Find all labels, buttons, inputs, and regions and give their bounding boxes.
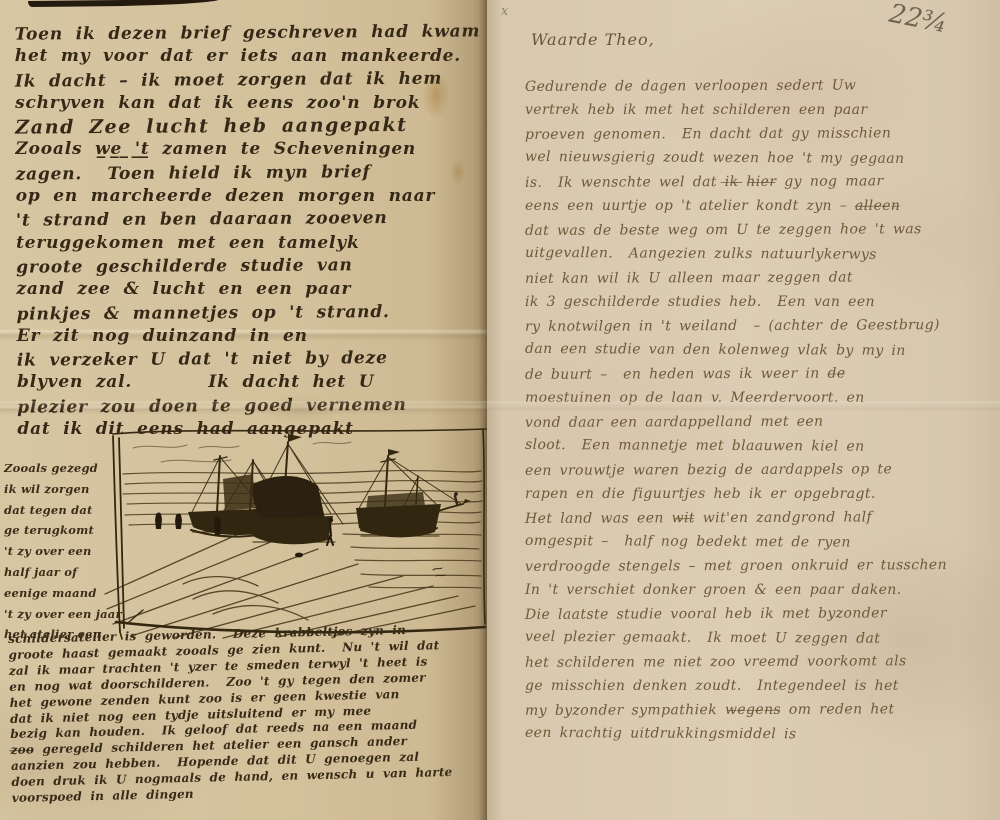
left-bottom-text-block: schildersatelier is geworden. Deze krabb… <box>8 622 453 807</box>
margin-note-line: ik wil zorgen <box>4 479 106 500</box>
margin-note-line: 't zy over een <box>4 541 106 562</box>
handwriting-line: vond daar een aardappelland met een <box>525 409 947 435</box>
handwriting-line: Ik dacht – ik moet zorgen dat ik hem <box>15 67 481 94</box>
handwriting-line: is. Ik wenschte wel dat i̶k̶ ̶h̶i̶e̶r̶ g… <box>525 169 947 195</box>
handwriting-line: het my voor dat er iets aan mankeerde. <box>15 45 481 68</box>
handwriting-line: niet kan wil ik U alleen maar zeggen dat <box>525 265 947 291</box>
handwriting-line: verdroogde stengels – met groen onkruid … <box>525 553 947 579</box>
handwriting-line: vertrek heb ik met het schilderen een pa… <box>525 98 947 122</box>
margin-note-line: 't zy over een jaar <box>4 604 106 625</box>
left-main-text-block: Toen ik dezen brief geschreven had kwamh… <box>15 20 484 443</box>
handwriting-line: een vrouwtje waren bezig de aardappels o… <box>525 457 947 483</box>
handwriting-line: In 't verschiet donker groen & een paar … <box>525 578 947 602</box>
margin-note-line: Zooals gezegd <box>4 458 106 479</box>
handwriting-line: ry knotwilgen in 't weiland – (achter de… <box>525 313 947 339</box>
left-margin-note-block: Zooals gezegdik wil zorgendat tegen datg… <box>4 458 106 645</box>
handwriting-line: teruggekomen met een tamelyk <box>16 232 482 255</box>
handwriting-line: dat was de beste weg om U te zeggen hoe … <box>525 217 947 243</box>
handwriting-line: Die laatste studie vooral heb ik met byz… <box>525 601 947 627</box>
pencil-x-mark: x <box>501 4 508 19</box>
handwriting-line: een krachtig uitdrukkingsmiddel is <box>525 721 947 747</box>
right-main-text-block: Gedurende de dagen verloopen sedert Uwve… <box>525 74 947 746</box>
handwriting-line: Het land was een w̶i̶t̶ wit'en zandgrond… <box>525 505 947 531</box>
handwriting-line: dan een studie van den kolenweg vlak by … <box>525 337 947 363</box>
handwriting-line: blyven zal. Ik dacht het U <box>17 371 483 394</box>
handwriting-line: op en marcheerde dezen morgen naar <box>16 185 482 208</box>
handwriting-line: Er zit nog duinzand in en <box>17 325 483 348</box>
handwriting-line: schryven kan dat ik eens zoo'n brok <box>15 92 481 115</box>
handwriting-line: wel nieuwsgierig zoudt wezen hoe 't my g… <box>525 145 947 171</box>
handwriting-line: eens een uurtje op 't atelier kondt zyn … <box>525 194 947 218</box>
handwriting-line: groote geschilderde studie van <box>16 253 482 280</box>
handwriting-line: sloot. Een mannetje met blaauwen kiel en <box>525 433 947 459</box>
margin-note-line: ge terugkomt <box>4 520 106 541</box>
margin-note-line: dat tegen dat <box>4 500 106 521</box>
handwriting-line: Gedurende de dagen verloopen sedert Uw <box>525 73 947 99</box>
fold-crease <box>0 401 1000 410</box>
handwriting-line: zand zee & lucht en een paar <box>16 278 482 301</box>
handwriting-line: ge misschien denken zoudt. Integendeel i… <box>525 674 947 698</box>
handwriting-line: zagen. Toen hield ik myn brief <box>16 160 482 187</box>
handwriting-line: ik verzeker U dat 't niet by deze <box>17 347 483 374</box>
ink-smudge-top-edge <box>28 0 220 7</box>
letter-page-right: x 22¾ Waarde Theo, Gedurende de dagen ve… <box>487 0 1000 820</box>
handwriting-line: proeven genomen. En dacht dat gy misschi… <box>525 121 947 147</box>
handwriting-line: Toen ik dezen brief geschreven had kwam <box>15 20 481 47</box>
handwriting-line: pinkjes & mannetjes op 't strand. <box>16 300 482 327</box>
handwriting-line: 't strand en ben daaraan zooeven <box>16 207 482 234</box>
beach-boats-sketch <box>103 424 488 640</box>
handwriting-line: my byzonder sympathiek w̶e̶g̶e̶n̶s̶ om r… <box>525 697 947 723</box>
handwriting-line: rapen en die figuurtjes heb ik er opgebr… <box>525 482 947 506</box>
handwriting-line: het schilderen me niet zoo vreemd voorko… <box>525 649 947 675</box>
page-number: 22¾ <box>887 0 950 39</box>
handwriting-line: uitgevallen. Aangezien zulks natuurlyker… <box>525 241 947 267</box>
handwriting-line: Zand Zee lucht heb aangepakt <box>15 114 481 141</box>
letter-scan: Toen ik dezen brief geschreven had kwamh… <box>0 0 1000 820</box>
handwriting-line: Zooals w̲e̲ ̲'̲t̲ zamen te Scheveningen <box>15 138 481 161</box>
handwriting-line: de buurt – en heden was ik weer in d̶e̶ <box>525 361 947 387</box>
margin-note-line: eenige maand <box>4 583 106 604</box>
margin-note-line: half jaar of <box>4 562 106 583</box>
salutation: Waarde Theo, <box>531 30 655 49</box>
handwriting-line: ik 3 geschilderde studies heb. Een van e… <box>525 290 947 314</box>
handwriting-line: veel plezier gemaakt. Ik moet U zeggen d… <box>525 625 947 651</box>
boats-sketch-drawing <box>103 424 488 640</box>
letter-page-left: Toen ik dezen brief geschreven had kwamh… <box>0 0 487 820</box>
handwriting-line: omgespit – half nog bedekt met de ryen <box>525 529 947 555</box>
